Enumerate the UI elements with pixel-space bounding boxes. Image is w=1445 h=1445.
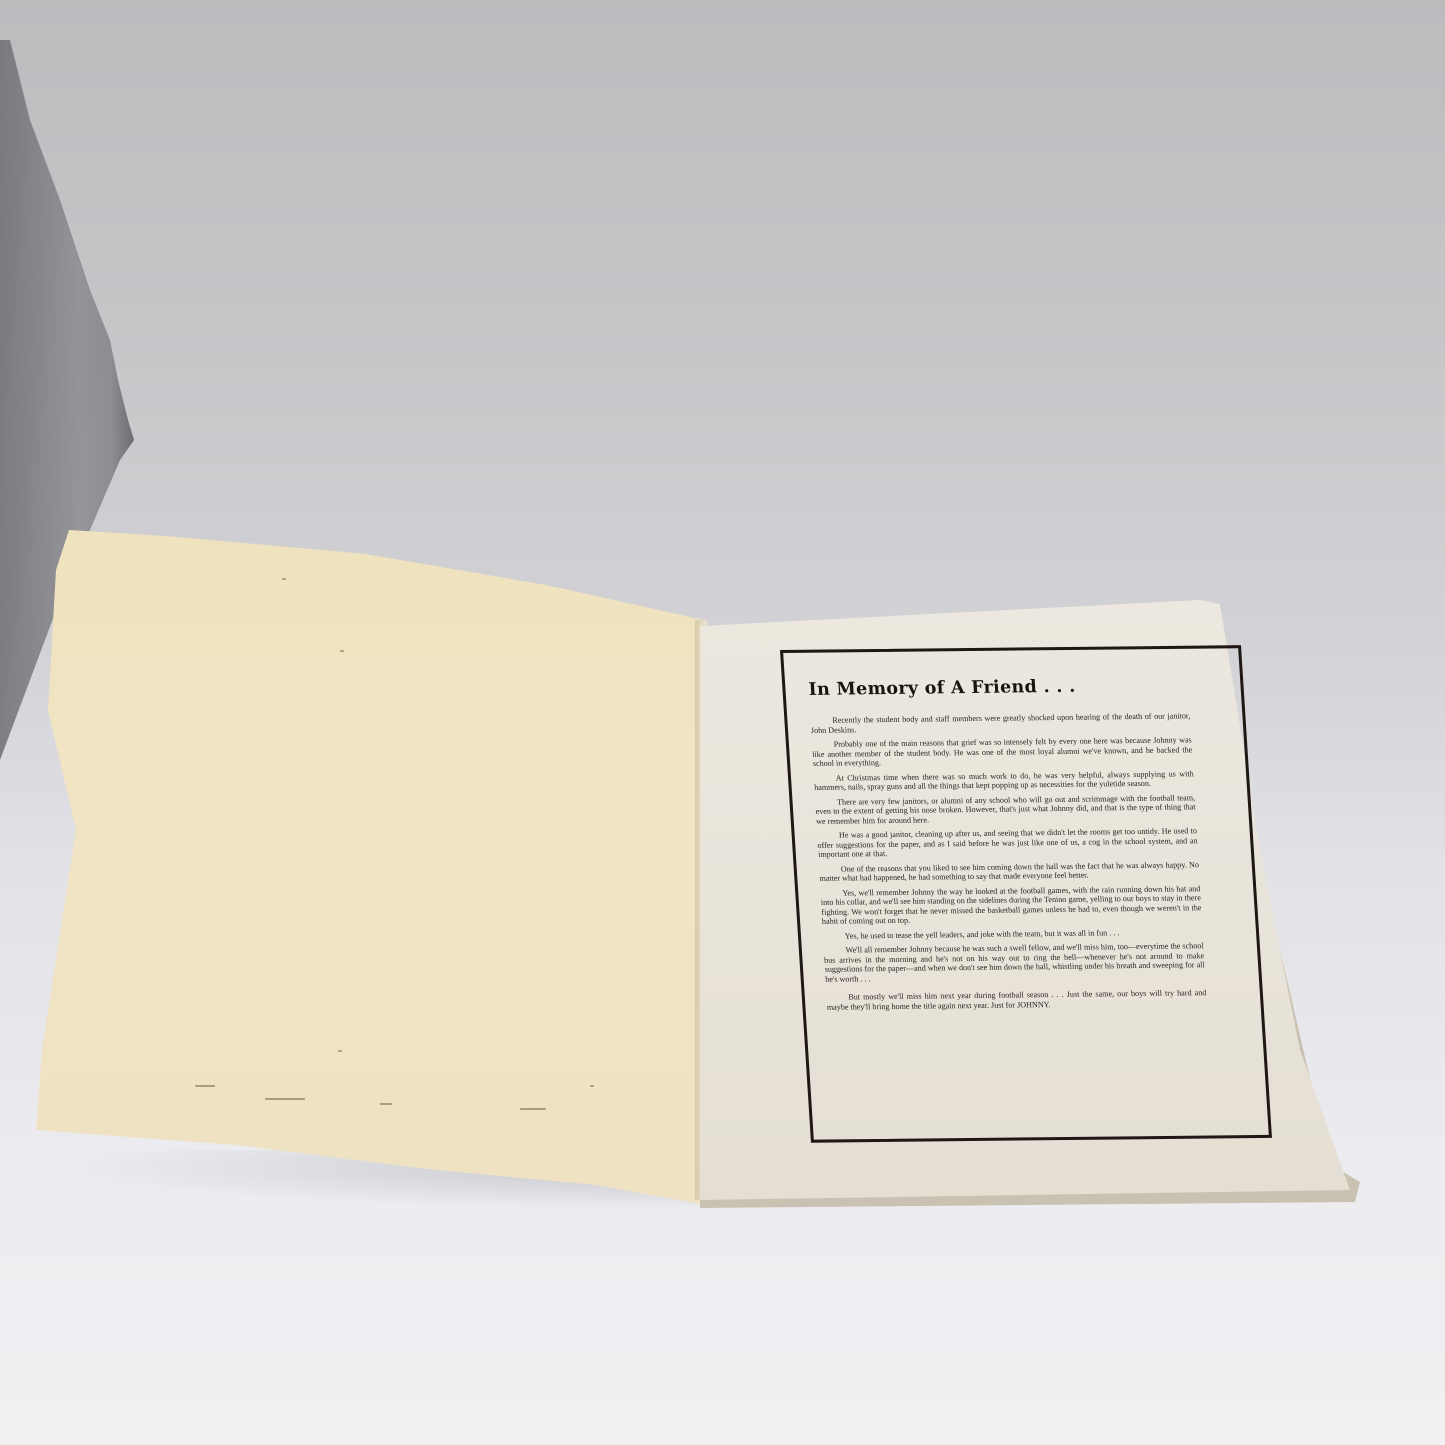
page-speck: [195, 1085, 215, 1087]
page-speck: [338, 1050, 342, 1052]
article-title: In Memory of A Friend . . .: [808, 675, 1189, 700]
article-paragraph: Yes, we'll remember Johnny the way he lo…: [820, 884, 1202, 927]
page-speck: [265, 1098, 305, 1100]
article-paragraph: There are very few janitors, or alumni o…: [815, 793, 1197, 826]
page-speck: [282, 578, 286, 580]
article-paragraph: Probably one of the main reasons that gr…: [811, 735, 1193, 768]
article-paragraph: We'll all remember Johnny because he was…: [823, 941, 1205, 984]
memorial-article: In Memory of A Friend . . . Recently the…: [808, 675, 1207, 1016]
article-paragraph: Recently the student body and staff memb…: [810, 711, 1191, 735]
article-paragraph-closing: But mostly we'll miss him next year duri…: [826, 988, 1207, 1012]
page-speck: [520, 1108, 546, 1110]
article-paragraph: One of the reasons that you liked to see…: [819, 860, 1200, 884]
article-paragraph: He was a good janitor, cleaning up after…: [817, 826, 1199, 859]
page-speck: [590, 1085, 594, 1087]
left-page-inside-cover: [36, 530, 706, 1220]
page-speck: [380, 1103, 392, 1105]
article-paragraph: At Christmas time when there was so much…: [813, 769, 1194, 793]
article-paragraph: Yes, he used to tease the yell leaders, …: [822, 927, 1203, 941]
page-speck: [340, 650, 344, 652]
